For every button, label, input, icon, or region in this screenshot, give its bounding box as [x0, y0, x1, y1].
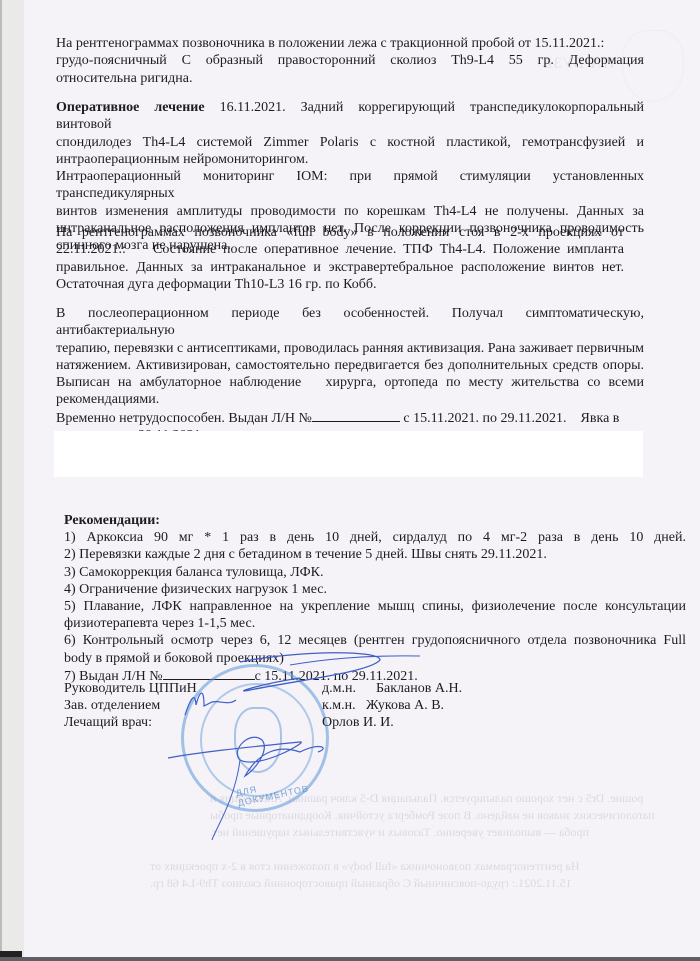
bleed-through-text: На рентгенограммах позвоночника «full bo… [150, 858, 579, 875]
text-line: натяжением. Активизирован, самостоятельн… [56, 357, 644, 374]
recommendation-item: физиотерапевта через 1-1,5 мес. [64, 615, 686, 632]
scan-left-margin [0, 0, 24, 961]
surgery-label: Оперативное лечение [56, 100, 205, 115]
text-line: винтов изменения амплитуды проводимости … [56, 203, 644, 220]
recommendations-section: Рекомендации: 1) Аркоксиа 90 мг * 1 раз … [64, 512, 686, 685]
recommendations-title: Рекомендации: [64, 512, 686, 529]
official-stamp: ДЛЯ ДОКУМЕНТОВ [181, 664, 329, 812]
bleed-through-text: проба — выполняет уверенно. Тазовых и чу… [210, 824, 589, 841]
signature-name: Орлов И. И. [322, 714, 394, 731]
recommendation-item: 6) Контрольный осмотр через 6, 12 месяце… [64, 632, 686, 649]
recommendation-item: 4) Ограничение физических нагрузок 1 мес… [64, 581, 686, 598]
postop-xray-paragraph: На рентгенограммах позвоночника «full bo… [56, 224, 624, 293]
recommendation-item: body в прямой и боковой проекциях) [64, 650, 686, 667]
text-line: интраоперационным нейромониторингом. [56, 151, 644, 168]
text-line: 22.11.2021.: Состояние после оперативное… [56, 241, 624, 258]
signature-name: Бакланов А.Н. [376, 680, 462, 697]
bleed-through-text: патологических знаков не найдено. В позе… [210, 807, 655, 824]
signature-role: Руководитель ЦППиН [64, 680, 197, 697]
recommendation-item: 5) Плавание, ЛФК направленное на укрепле… [64, 598, 686, 615]
sick-leave-line: Временно нетрудоспособен. Выдан Л/Н № с … [56, 409, 644, 427]
scan-bottom-edge [0, 957, 700, 961]
text-line: относительна ригидна. [56, 70, 644, 87]
text-line: грудо-поясничный С образный правосторонн… [56, 52, 644, 69]
text-line: На рентгенограммах позвоночника «full bo… [56, 224, 624, 241]
text-fragment: с 15.11.2021. по 29.11.2021. Явка в [400, 411, 620, 426]
text-line: спондилодез Th4-L4 системой Zimmer Polar… [56, 134, 644, 151]
text-line: правильное. Данных за интраканальное и э… [56, 259, 624, 276]
signature-name: Жукова А. В. [366, 697, 444, 714]
postop-course-paragraph: В послеоперационном периоде без особенно… [56, 305, 644, 444]
sick-leave-number-blank [312, 409, 400, 422]
text-line: Интраоперационный мониторинг IOM: при пр… [56, 168, 644, 203]
text-line: Выписан на амбулаторное наблюдение хирур… [56, 374, 644, 391]
stamp-emblem-icon [234, 707, 282, 773]
text-line: В послеоперационном периоде без особенно… [56, 305, 644, 340]
text-fragment: Временно нетрудоспособен. Выдан Л/Н № [56, 411, 312, 426]
signature-role: Зав. отделением [64, 697, 160, 714]
text-line: терапию, перевязки с антисептиками, пров… [56, 340, 644, 357]
text-line: Остаточная дуга деформации Th10-L3 16 гр… [56, 276, 624, 293]
signature-degree: к.м.н. [322, 697, 356, 714]
xray-findings-paragraph: На рентгенограммах позвоночника в положе… [56, 35, 644, 87]
text-line: На рентгенограммах позвоночника в положе… [56, 35, 644, 52]
signature-role: Лечащий врач: [64, 714, 152, 731]
text-line: рекомендациями. [56, 391, 644, 408]
recommendation-item: 1) Аркоксиа 90 мг * 1 раз в день 10 дней… [64, 529, 686, 546]
recommendation-item: 3) Самокоррекция баланса туловища, ЛФК. [64, 564, 686, 581]
bleed-through-text: 15.11.2021.: грудо-поясничный С образный… [150, 875, 572, 892]
text-line: Оперативное лечение 16.11.2021. Задний к… [56, 99, 644, 134]
recommendation-item: 2) Перевязки каждые 2 дня с бетадином в … [64, 546, 686, 563]
redacted-area [54, 431, 643, 477]
signature-degree: д.м.н. [322, 680, 356, 697]
